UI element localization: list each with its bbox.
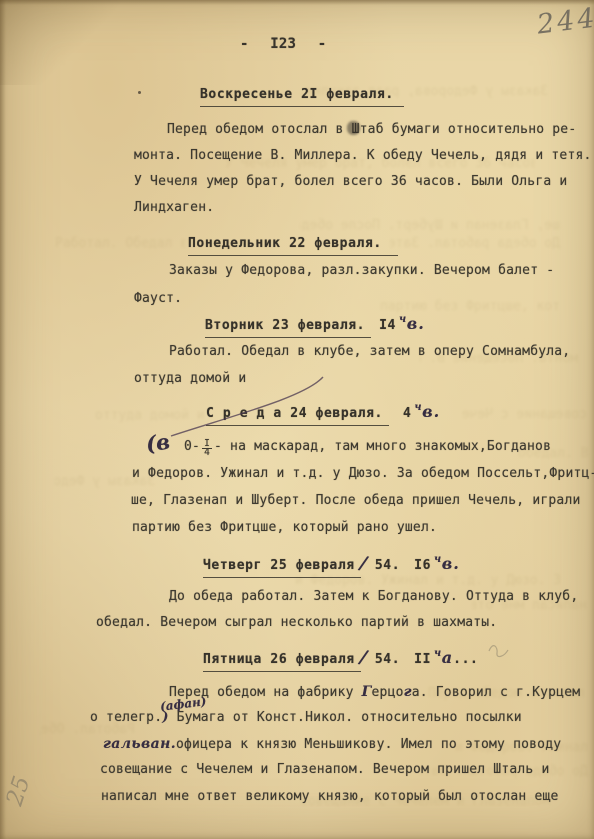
handwritten-superscript-mark: ч	[414, 402, 422, 413]
typed-fraction: I4	[202, 440, 212, 457]
typed-line: У Чечеля умер брат, болел всего 36 часов…	[134, 174, 567, 190]
handwritten-letter-correction: Г	[362, 684, 372, 700]
typed-year: 54.	[375, 558, 400, 573]
entry-heading-sunday-21-feb: Воскресенье 2I февраля.	[200, 87, 404, 107]
typed-line: Фауст.	[134, 291, 182, 307]
typed-fragment: о телегр.	[90, 710, 162, 725]
heading-underlined-text: Вторник 23 февраля.	[205, 318, 371, 338]
bleedthrough-artifact: оттуда домой и	[95, 408, 205, 423]
handwritten-letter-correction: г	[404, 684, 412, 700]
archive-page-number-handwritten: 244	[535, 2, 594, 40]
handwritten-time-note: а	[442, 648, 453, 667]
paper-corner-fold	[0, 0, 120, 85]
bleedthrough-artifact: совещание с Чечелем и Глазенапом. Вечеро…	[462, 407, 587, 422]
typed-page-number: - I23 -	[240, 36, 326, 52]
bleedthrough-artifact: Работал. Обедал в клубе, затем в оперу С…	[55, 236, 185, 251]
bleedthrough-artifact: ше, Глазенап и Шуберт. После обеда прише…	[300, 218, 560, 233]
heading-underlined-text: Воскресенье 2I февраля.	[200, 87, 404, 107]
typed-year: 54.	[375, 652, 400, 667]
typed-time: 4	[403, 406, 411, 421]
typed-time: II	[414, 652, 431, 667]
entry-heading-tuesday-23-feb: Вторник 23 февраля.I4чв.	[205, 316, 425, 338]
typed-time: I6	[414, 558, 431, 573]
typed-line: Перед обедом отослал в Штаб бумаги относ…	[167, 122, 576, 138]
entry-heading-thursday-25-feb: Четверг 25 февраля/54.I6чв.	[203, 556, 460, 578]
typed-fragment: офицера к князю Меньшикову. Имел по этом…	[176, 737, 561, 752]
typed-fragment: Бумага от Конст.Никол. относительно посы…	[169, 710, 522, 725]
entry-heading-wednesday-24-feb: С р е д а 24 февраля.4чв.	[206, 404, 440, 426]
handwritten-slash: /	[359, 556, 368, 573]
pencil-squiggle	[489, 646, 508, 657]
entry-heading-friday-26-feb: Пятница 26 февраля/54.IIча...	[203, 650, 478, 672]
handwritten-superscript-mark: ч	[434, 648, 442, 659]
typed-line: До обеда работал. Затем к Богданову. Отт…	[169, 589, 578, 605]
heading-underlined-text: Четверг 25 февраля	[203, 558, 361, 578]
typed-fragment: ерцо	[372, 685, 404, 700]
heading-underlined-text: Пятница 26 февраля	[203, 652, 361, 672]
paper-edge-shadow-left	[0, 0, 6, 839]
typed-fragment: а. Говорил с г.Курцем	[412, 685, 581, 700]
handwritten-superscript-mark: ч	[399, 314, 407, 325]
entry-heading-monday-22-feb: Понедельник 22 февраля.	[188, 236, 398, 256]
handwritten-word: гальван.	[103, 736, 176, 752]
typed-line: Заказы у Федорова, разл.закупки. Вечером…	[169, 263, 554, 279]
typed-line: Линдхаген.	[134, 200, 214, 216]
typed-line-with-handwritten-word: гальван.офицера к князю Меньшикову. Имел…	[103, 736, 561, 753]
heading-underlined-text: Понедельник 22 февраля.	[188, 236, 398, 256]
typed-line: монта. Посещение В. Миллера. К обеду Чеч…	[134, 148, 592, 164]
handwritten-word-insertion: (в	[145, 429, 171, 456]
typed-line-with-caret: о телегр.) Бумага от Конст.Никол. относи…	[90, 710, 522, 726]
typed-line: Работал. Обедал в клубе, затем в оперу С…	[169, 344, 570, 360]
typed-line: обедал. Вечером сыграл несколько партий …	[96, 615, 497, 631]
typed-line-with-corrections: Перед обедом на фабрику Герцога. Говорил…	[169, 684, 580, 701]
typed-line: партию без Фритцше, который рано ушел.	[132, 520, 437, 536]
corner-pencil-mark: 25	[2, 773, 36, 809]
handwritten-time-note: в.	[407, 314, 425, 333]
typed-fragment: 0-	[184, 439, 200, 454]
scanned-diary-page: Заказы у Федорова, разл.закупки. Вечером…	[0, 0, 594, 839]
typed-line: совещание с Чечелем и Глазенапом. Вечеро…	[100, 762, 550, 778]
typed-line-with-fraction: 0-I4- на маскарад, там много знакомых,Бо…	[184, 439, 551, 457]
paper-edge-shadow-top	[0, 0, 594, 5]
bleedthrough-artifact: До обеда работал. Затем к Богданову. Отт…	[390, 236, 560, 251]
ink-speck	[138, 91, 141, 94]
heading-underlined-text: С р е д а 24 февраля.	[206, 406, 389, 426]
typed-line: и Федоров. Ужинал и т.д. у Дюзо. За обед…	[132, 466, 594, 482]
handwritten-superscript-mark: ч	[434, 554, 442, 565]
ink-smudge	[347, 121, 360, 135]
typed-line: ше, Глазенап и Шуберт. После обеда прише…	[131, 493, 581, 509]
handwritten-time-note: в.	[442, 554, 460, 573]
fraction-denominator: 4	[202, 449, 212, 457]
typed-line: оттуда домой и	[134, 371, 246, 387]
bleedthrough-artifact: партию без Фритцше, который рано ушел.	[380, 299, 560, 314]
typed-line: написал мне ответ великому князю, которы…	[101, 789, 559, 805]
handwritten-slash: /	[359, 650, 368, 667]
typed-fragment: - на маскарад, там много знакомых,Богдан…	[214, 439, 551, 454]
typed-time: I4	[379, 318, 396, 333]
typed-trailing-dots: ...	[453, 652, 478, 667]
handwritten-time-note: в.	[422, 402, 440, 421]
